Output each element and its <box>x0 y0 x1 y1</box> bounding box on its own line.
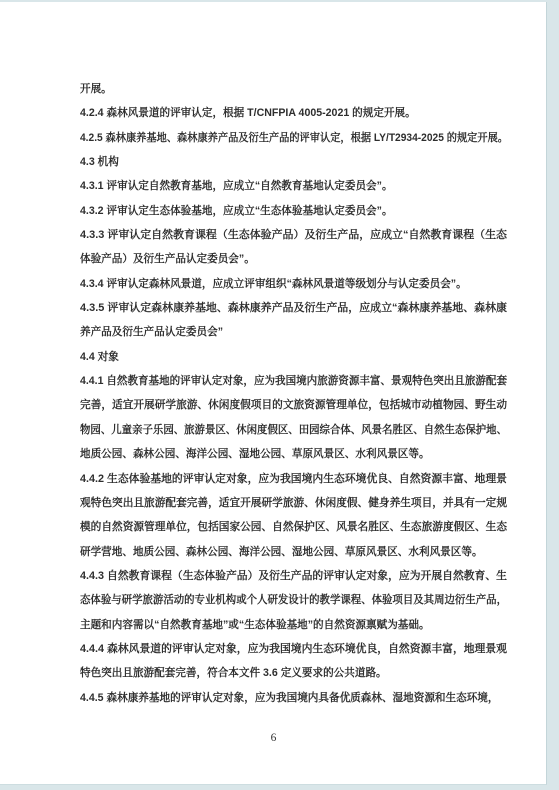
text-line: 物园、儿童亲子乐园、旅游景区、休闲度假区、田园综合体、风景名胜区、自然生态保护地… <box>80 418 507 442</box>
document-page: 开展。4.2.4 森林风景道的评审认定，根据 T/CNFPIA 4005-202… <box>0 2 547 785</box>
text-line: 4.3.5 评审认定森林康养基地、森林康养产品及衍生产品，应成立“森林康养基地、… <box>80 296 507 320</box>
text-line: 4.4.1 自然教育基地的评审认定对象，应为我国境内旅游资源丰富、景观特色突出且… <box>80 369 507 393</box>
text-line: 4.4.2 生态体验基地的评审认定对象，应为我国境内生态环境优良、自然资源丰富、… <box>80 467 507 491</box>
text-line: 养产品及衍生产品认定委员会” <box>80 320 223 344</box>
text-line: 4.3 机构 <box>80 150 119 174</box>
text-line: 4.4 对象 <box>80 345 119 369</box>
text-line: 特色突出且旅游配套完善，符合本文件 3.6 定义要求的公共道路。 <box>80 661 387 685</box>
text-line: 4.4.5 森林康养基地的评审认定对象，应为我国境内具备优质森林、湿地资源和生态… <box>80 686 498 710</box>
document-content: 开展。4.2.4 森林风景道的评审认定，根据 T/CNFPIA 4005-202… <box>80 77 507 710</box>
text-line: 态体验与研学旅游活动的专业机构或个人研发设计的教学课程、体验项目及其周边衍生产品… <box>80 588 507 612</box>
text-line: 完善，适宜开展研学旅游、休闲度假项目的文旅资源管理单位，包括城市动植物园、野生动 <box>80 393 507 417</box>
text-line: 4.3.4 评审认定森林风景道，应成立评审组织“森林风景道等级划分与认定委员会”… <box>80 272 467 296</box>
document-viewer: 开展。4.2.4 森林风景道的评审认定，根据 T/CNFPIA 4005-202… <box>0 0 559 790</box>
text-line: 4.3.1 评审认定自然教育基地，应成立“自然教育基地认定委员会”。 <box>80 174 393 198</box>
text-line: 4.3.3 评审认定自然教育课程（生态体验产品）及衍生产品，应成立“自然教育课程… <box>80 223 507 247</box>
text-line: 4.2.5 森林康养基地、森林康养产品及衍生产品的评审认定，根据 LY/T293… <box>80 126 508 150</box>
text-line: 地质公园、森林公园、海洋公园、湿地公园、草原风景区、水利风景区等。 <box>80 442 430 466</box>
text-line: 4.4.4 森林风景道的评审认定对象，应为我国境内生态环境优良，自然资源丰富，地… <box>80 637 507 661</box>
text-line: 观特色突出且旅游配套完善，适宜开展研学旅游、休闲度假、健身养生项目，并具有一定规 <box>80 491 507 515</box>
page-number: 6 <box>0 728 547 748</box>
text-line: 模的自然资源管理单位，包括国家公园、自然保护区、风景名胜区、生态旅游度假区、生态 <box>80 515 507 539</box>
text-line: 4.2.4 森林风景道的评审认定，根据 T/CNFPIA 4005-2021 的… <box>80 101 416 125</box>
text-line: 主题和内容需以“自然教育基地”或“生态体验基地”的自然资源禀赋为基础。 <box>80 613 430 637</box>
text-line: 体验产品）及衍生产品认定委员会”。 <box>80 247 255 271</box>
text-line: 4.3.2 评审认定生态体验基地，应成立“生态体验基地认定委员会”。 <box>80 199 393 223</box>
text-line: 研学营地、地质公园、森林公园、海洋公园、湿地公园、草原风景区、水利风景区等。 <box>80 540 483 564</box>
text-line: 开展。 <box>80 77 112 101</box>
text-line: 4.4.3 自然教育课程（生态体验产品）及衍生产品的评审认定对象，应为开展自然教… <box>80 564 507 588</box>
